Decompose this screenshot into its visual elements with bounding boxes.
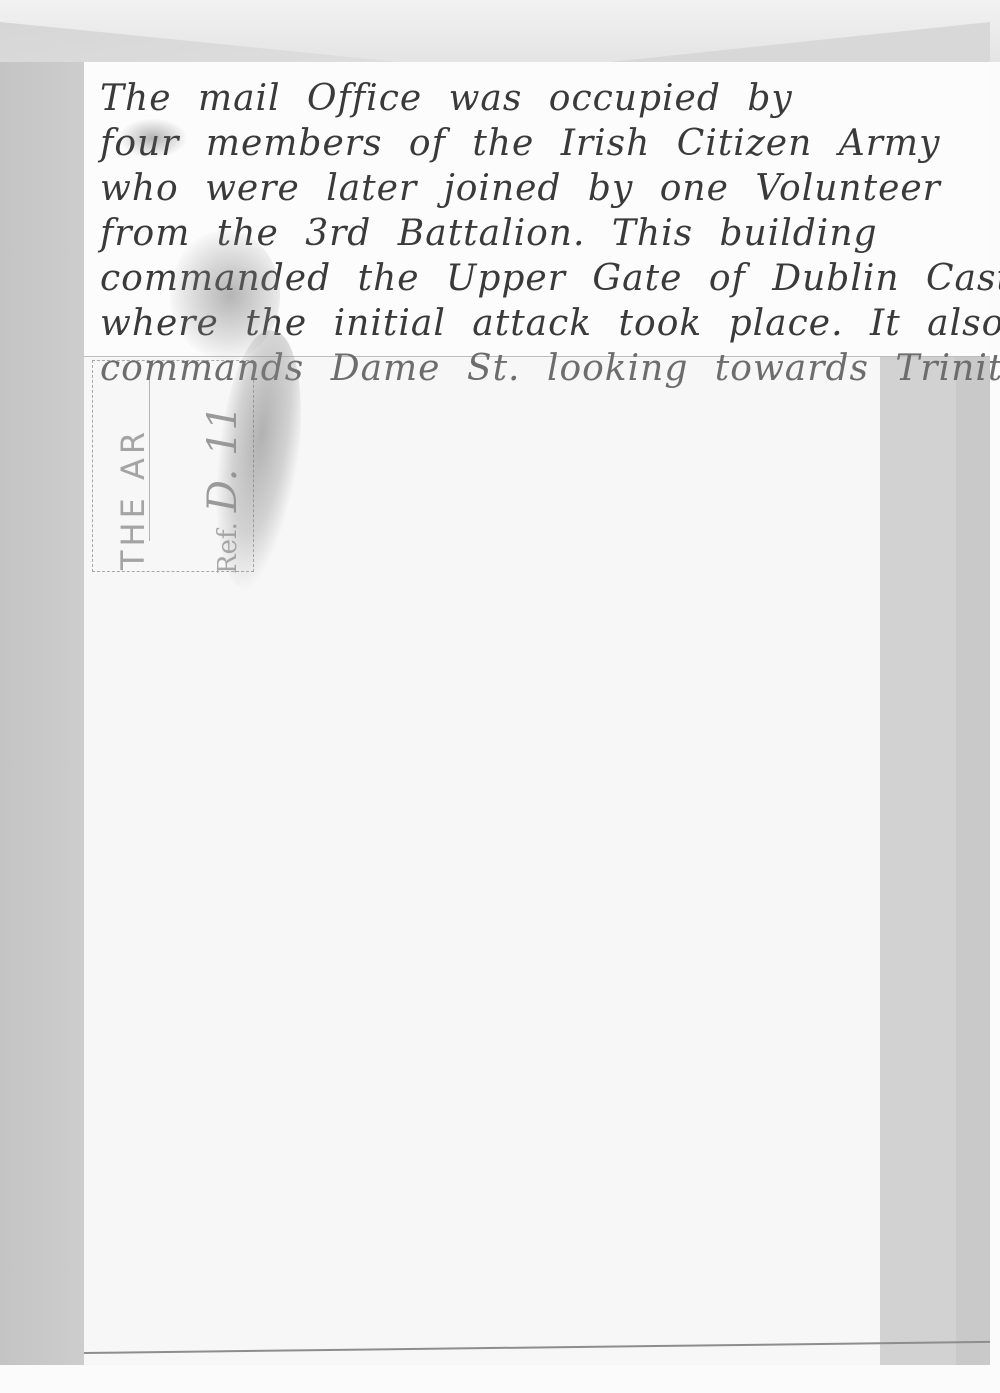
note-line: four members of the Irish Citizen Army (100, 121, 980, 166)
envelope-side-band-left (0, 62, 84, 1365)
stamp-title: THE AR (114, 370, 152, 570)
note-line: who were later joined by one Volunteer (100, 166, 980, 211)
note-line: The mail Office was occupied by (100, 76, 980, 121)
paper-side-band-right (880, 360, 956, 1365)
ink-stain-small (118, 118, 188, 158)
scanned-page: THE AR Ref.D. 11 The mail Office was occ… (0, 0, 1000, 1393)
